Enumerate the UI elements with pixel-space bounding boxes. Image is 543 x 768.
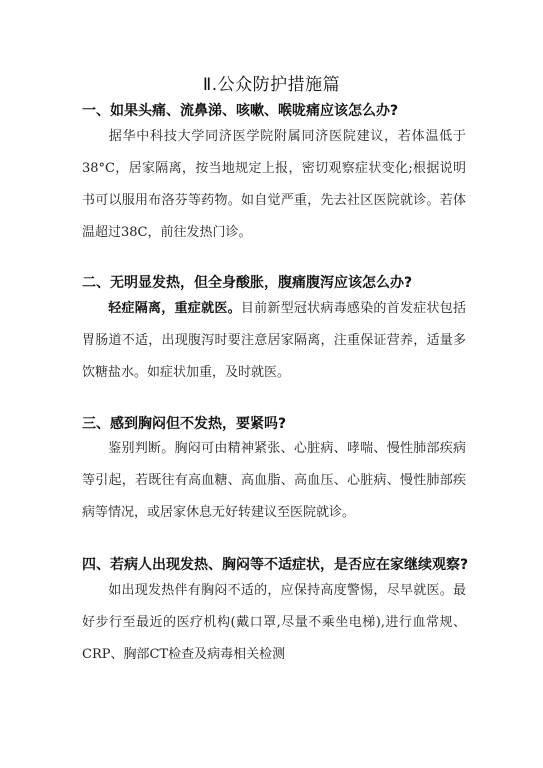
section-1-heading: 一、如果头痛、流鼻涕、咳嗽、喉咙痛应该怎么办? <box>82 100 398 120</box>
document-page: Ⅱ.公众防护措施篇 一、如果头痛、流鼻涕、咳嗽、喉咙痛应该怎么办? 据华中科技大… <box>0 0 543 768</box>
section-3-text: 鉴别判断。胸闷可由精神紧张、心脏病、哮喘、慢性肺部疾病等引起，若既往有高血糖、高… <box>82 441 466 520</box>
section-3-heading: 三、感到胸闷但不发热，要紧吗? <box>82 413 286 433</box>
section-4-body: 如出现发热伴有胸闷不适的，应保持高度警惕，尽早就医。最好步行至最近的医疗机构(戴… <box>82 575 466 671</box>
section-1-body: 据华中科技大学同济医学院附属同济医院建议，若体温低于38°C，居家隔离，按当地规… <box>82 121 466 249</box>
section-3-body: 鉴别判断。胸闷可由精神紧张、心脏病、哮喘、慢性肺部疾病等引起，若既往有高血糖、高… <box>82 433 466 529</box>
section-1-text: 据华中科技大学同济医学院附属同济医院建议，若体温低于38°C，居家隔离，按当地规… <box>82 129 466 240</box>
section-2-lead: 轻症隔离，重症就医。 <box>108 301 241 316</box>
section-4-text: 如出现发热伴有胸闷不适的，应保持高度警惕，尽早就医。最好步行至最近的医疗机构(戴… <box>82 583 466 662</box>
page-title: Ⅱ.公众防护措施篇 <box>0 70 543 95</box>
section-2-body: 轻症隔离，重症就医。目前新型冠状病毒感染的首发症状包括胃肠道不适，出现腹泻时要注… <box>82 293 466 389</box>
section-4-heading: 四、若病人出现发热、胸闷等不适症状，是否应在家继续观察? <box>82 554 468 574</box>
section-2-heading: 二、无明显发热，但全身酸胀，腹痛腹泻应该怎么办? <box>82 272 412 292</box>
